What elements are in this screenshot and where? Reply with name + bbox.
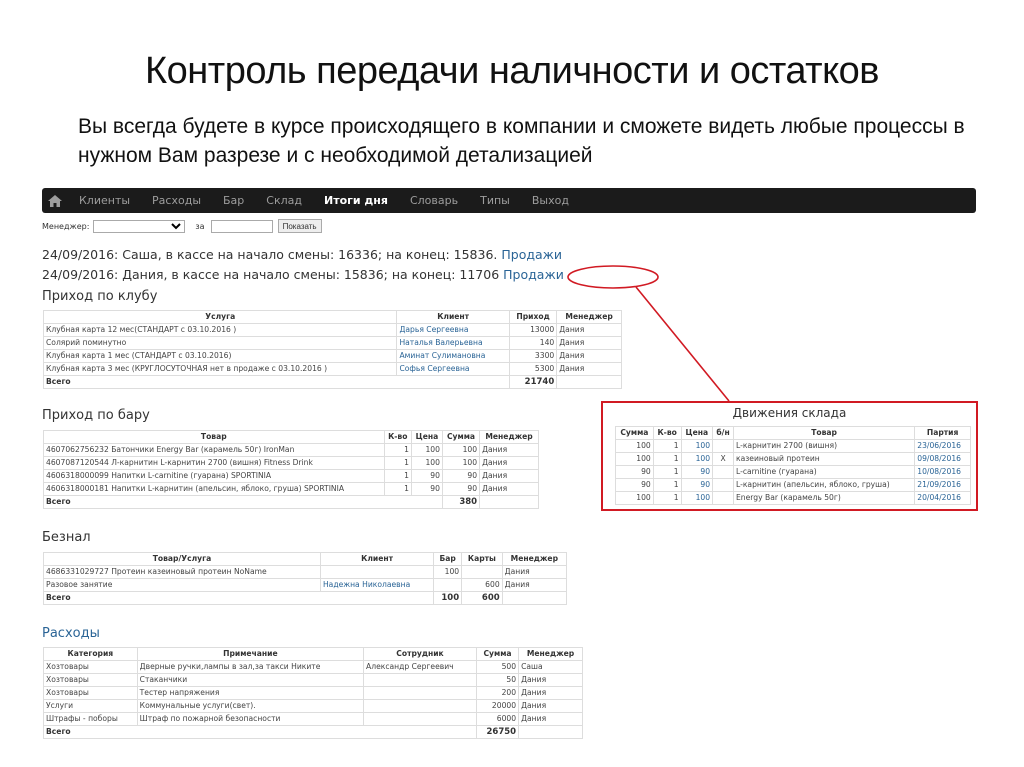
table-cell: Клубная карта 3 мес (КРУГЛОСУТОЧНАЯ нет …	[44, 363, 397, 376]
table-cell: Дания	[557, 350, 622, 363]
table-cell: 100	[616, 440, 654, 453]
table-cell: 380	[442, 496, 479, 509]
table-cell: Хозтовары	[44, 674, 138, 687]
cashless-table: Товар/УслугаКлиентБарКартыМенеджер468633…	[43, 552, 567, 605]
club-income-table: УслугаКлиентПриходМенеджерКлубная карта …	[43, 310, 622, 389]
table-cell: X	[713, 453, 734, 466]
navbar: КлиентыРасходыБарСкладИтоги дняСловарьТи…	[42, 188, 976, 213]
table-cell: Дверные ручки,лампы в зал,за такси Никит…	[137, 661, 363, 674]
table-cell: 4606318000181 Напитки L-карнитин (апельс…	[44, 483, 385, 496]
bar-income-title: Приход по бару	[42, 408, 150, 423]
nav-item[interactable]: Расходы	[141, 188, 212, 213]
expenses-table: КатегорияПримечаниеСотрудникСуммаМенедже…	[43, 647, 583, 739]
warehouse-movements-callout: Движения склада СуммаК-воЦенаб/нТоварПар…	[601, 401, 978, 511]
column-header: Примечание	[137, 648, 363, 661]
table-cell: 90	[442, 483, 479, 496]
nav-item[interactable]: Склад	[255, 188, 313, 213]
table-cell: 4686331029727 Протеин казеиновый протеин…	[44, 566, 321, 579]
table-cell	[713, 466, 734, 479]
column-header: Сумма	[476, 648, 518, 661]
table-cell	[462, 566, 503, 579]
table-cell: Хозтовары	[44, 661, 138, 674]
sales-link[interactable]: Продажи	[501, 247, 562, 262]
table-cell: Хозтовары	[44, 687, 138, 700]
table-cell[interactable]: 09/08/2016	[915, 453, 971, 466]
table-cell	[502, 592, 566, 605]
table-cell: 100	[616, 492, 654, 505]
table-cell: 100	[434, 566, 462, 579]
table-cell[interactable]: Дарья Сергеевна	[397, 324, 509, 337]
table-cell	[364, 687, 477, 700]
table-cell: 90	[616, 466, 654, 479]
table-cell: 21740	[509, 376, 556, 389]
table-cell[interactable]: 10/08/2016	[915, 466, 971, 479]
column-header: К-во	[384, 431, 411, 444]
table-row: ХозтоварыДверные ручки,лампы в зал,за та…	[44, 661, 583, 674]
column-header: Категория	[44, 648, 138, 661]
column-header: Услуга	[44, 311, 397, 324]
table-cell: 100	[411, 457, 442, 470]
show-button[interactable]: Показать	[278, 219, 322, 233]
sales-link[interactable]: Продажи	[503, 267, 564, 282]
table-cell[interactable]	[320, 566, 433, 579]
table-row: 90190L-carnitine (гуарана)10/08/2016	[616, 466, 971, 479]
total-row: Всего21740	[44, 376, 622, 389]
column-header: Цена	[411, 431, 442, 444]
table-row: 1001100Xказеиновый протеин09/08/2016	[616, 453, 971, 466]
filter-bar: Менеджер: за Показать	[42, 219, 322, 233]
table-cell: Дания	[557, 324, 622, 337]
table-cell[interactable]: 23/06/2016	[915, 440, 971, 453]
bar-income-table: ТоварК-воЦенаСуммаМенеджер4607062756232 …	[43, 430, 539, 509]
table-cell: Коммунальные услуги(свет).	[137, 700, 363, 713]
table-cell	[480, 496, 539, 509]
column-header: Карты	[462, 553, 503, 566]
table-cell: 5300	[509, 363, 556, 376]
shift-summary: 24/09/2016: Саша, в кассе на начало смен…	[42, 247, 562, 262]
table-cell	[364, 674, 477, 687]
table-cell: 3300	[509, 350, 556, 363]
table-cell: 200	[476, 687, 518, 700]
column-header: Клиент	[320, 553, 433, 566]
table-row: Клубная карта 3 мес (КРУГЛОСУТОЧНАЯ нет …	[44, 363, 622, 376]
table-cell[interactable]: Аминат Сулимановна	[397, 350, 509, 363]
table-cell: Дания	[519, 713, 583, 726]
table-cell[interactable]: Надежна Николаевна	[320, 579, 433, 592]
table-row: УслугиКоммунальные услуги(свет).20000Дан…	[44, 700, 583, 713]
column-header: Менеджер	[502, 553, 566, 566]
table-cell[interactable]: Наталья Валерьевна	[397, 337, 509, 350]
table-cell: Дания	[480, 483, 539, 496]
table-cell: 600	[462, 579, 503, 592]
nav-item[interactable]: Клиенты	[68, 188, 141, 213]
nav-item[interactable]: Выход	[521, 188, 580, 213]
slide-title: Контроль передачи наличности и остатков	[0, 50, 1024, 93]
table-cell	[713, 479, 734, 492]
table-row: 90190L-карнитин (апельсин, яблоко, груша…	[616, 479, 971, 492]
nav-item[interactable]: Словарь	[399, 188, 469, 213]
table-row: ХозтоварыСтаканчики50Дания	[44, 674, 583, 687]
column-header: Товар/Услуга	[44, 553, 321, 566]
table-cell: Штраф по пожарной безопасности	[137, 713, 363, 726]
nav-item[interactable]: Бар	[212, 188, 255, 213]
table-cell: 1	[653, 479, 681, 492]
club-income-title: Приход по клубу	[42, 289, 157, 304]
shift-summary: 24/09/2016: Дания, в кассе на начало сме…	[42, 267, 564, 282]
table-row: Штрафы - поборыШтраф по пожарной безопас…	[44, 713, 583, 726]
total-row: Всего26750	[44, 726, 583, 739]
table-cell: Дания	[480, 444, 539, 457]
column-header: Товар	[734, 427, 915, 440]
table-cell	[557, 376, 622, 389]
table-cell: Дания	[502, 566, 566, 579]
table-cell: Всего	[44, 376, 510, 389]
cashless-title: Безнал	[42, 530, 91, 545]
table-row: 4606318000181 Напитки L-карнитин (апельс…	[44, 483, 539, 496]
table-cell: Солярий поминутно	[44, 337, 397, 350]
warehouse-title: Движения склада	[603, 406, 976, 420]
column-header: К-во	[653, 427, 681, 440]
table-cell: Всего	[44, 592, 434, 605]
table-cell: 1	[653, 453, 681, 466]
table-cell: Дания	[557, 337, 622, 350]
table-cell: 26750	[476, 726, 518, 739]
column-header: Клиент	[397, 311, 509, 324]
table-cell: Дания	[519, 700, 583, 713]
nav-item[interactable]: Итоги дня	[313, 188, 399, 213]
table-row: ХозтоварыТестер напряжения200Дания	[44, 687, 583, 700]
table-row: Солярий поминутноНаталья Валерьевна140Да…	[44, 337, 622, 350]
column-header: Сотрудник	[364, 648, 477, 661]
table-cell: Дания	[480, 457, 539, 470]
table-cell	[713, 440, 734, 453]
table-cell: 1	[653, 492, 681, 505]
column-header: б/н	[713, 427, 734, 440]
table-cell: Дания	[502, 579, 566, 592]
table-cell: 100	[434, 592, 462, 605]
table-cell: 1	[653, 466, 681, 479]
table-cell: L-карнитин (апельсин, яблоко, груша)	[734, 479, 915, 492]
table-cell	[434, 579, 462, 592]
table-cell: казеиновый протеин	[734, 453, 915, 466]
table-cell	[364, 700, 477, 713]
column-header: Партия	[915, 427, 971, 440]
table-cell[interactable]: 100	[681, 440, 712, 453]
table-cell: 90	[411, 470, 442, 483]
table-cell: Energy Bar (карамель 50г)	[734, 492, 915, 505]
table-cell: 13000	[509, 324, 556, 337]
nav-item[interactable]: Типы	[469, 188, 521, 213]
table-cell: Саша	[519, 661, 583, 674]
table-cell: 100	[616, 453, 654, 466]
table-cell	[519, 726, 583, 739]
table-cell: Всего	[44, 726, 477, 739]
column-header: Приход	[509, 311, 556, 324]
table-cell	[713, 492, 734, 505]
table-cell[interactable]: 20/04/2016	[915, 492, 971, 505]
table-cell: 4606318000099 Напитки L-carnitine (гуара…	[44, 470, 385, 483]
slide-subtitle: Вы всегда будете в курсе происходящего в…	[78, 112, 978, 170]
table-row: 4606318000099 Напитки L-carnitine (гуара…	[44, 470, 539, 483]
column-header: Сумма	[442, 431, 479, 444]
table-cell	[364, 713, 477, 726]
table-cell[interactable]: 90	[681, 466, 712, 479]
table-cell: 1	[384, 470, 411, 483]
table-cell: Услуги	[44, 700, 138, 713]
table-row: 1001100L-карнитин 2700 (вишня)23/06/2016	[616, 440, 971, 453]
table-cell: 1	[384, 483, 411, 496]
table-cell: Разовое занятие	[44, 579, 321, 592]
table-row: Клубная карта 1 мес (СТАНДАРТ с 03.10.20…	[44, 350, 622, 363]
table-cell: 100	[411, 444, 442, 457]
table-cell[interactable]: 90	[681, 479, 712, 492]
table-cell: 90	[411, 483, 442, 496]
date-label: за	[195, 222, 204, 231]
column-header: Бар	[434, 553, 462, 566]
table-cell[interactable]: 21/09/2016	[915, 479, 971, 492]
table-cell: Дания	[480, 470, 539, 483]
table-cell: Александр Сергеевич	[364, 661, 477, 674]
column-header: Менеджер	[480, 431, 539, 444]
column-header: Менеджер	[519, 648, 583, 661]
expenses-title[interactable]: Расходы	[42, 626, 100, 641]
table-cell: 1	[384, 457, 411, 470]
table-cell: L-карнитин 2700 (вишня)	[734, 440, 915, 453]
column-header: Товар	[44, 431, 385, 444]
table-cell: 50	[476, 674, 518, 687]
table-cell: Стаканчики	[137, 674, 363, 687]
table-cell: Всего	[44, 496, 443, 509]
table-cell: Дания	[519, 674, 583, 687]
table-cell: 20000	[476, 700, 518, 713]
total-row: Всего100600	[44, 592, 567, 605]
table-cell: Клубная карта 1 мес (СТАНДАРТ с 03.10.20…	[44, 350, 397, 363]
table-cell: Дания	[557, 363, 622, 376]
total-row: Всего380	[44, 496, 539, 509]
table-cell: Дания	[519, 687, 583, 700]
table-cell[interactable]: Софья Сергеевна	[397, 363, 509, 376]
date-input[interactable]	[211, 220, 273, 233]
table-row: Разовое занятиеНадежна Николаевна600Дани…	[44, 579, 567, 592]
table-cell: 140	[509, 337, 556, 350]
table-cell: 100	[442, 444, 479, 457]
table-cell: Тестер напряжения	[137, 687, 363, 700]
warehouse-table: СуммаК-воЦенаб/нТоварПартия1001100L-карн…	[615, 426, 971, 505]
home-icon[interactable]	[42, 195, 68, 207]
table-cell: 1	[384, 444, 411, 457]
table-cell: Штрафы - поборы	[44, 713, 138, 726]
table-cell: 4607062756232 Батончики Energy Bar (кара…	[44, 444, 385, 457]
table-row: 4607062756232 Батончики Energy Bar (кара…	[44, 444, 539, 457]
table-cell: 500	[476, 661, 518, 674]
table-cell: L-carnitine (гуарана)	[734, 466, 915, 479]
manager-label: Менеджер:	[42, 222, 89, 231]
manager-select[interactable]	[93, 220, 185, 233]
table-cell: 6000	[476, 713, 518, 726]
table-cell[interactable]: 100	[681, 492, 712, 505]
table-cell: 100	[442, 457, 479, 470]
table-cell: 4607087120544 Л-карнитин L-карнитин 2700…	[44, 457, 385, 470]
column-header: Сумма	[616, 427, 654, 440]
column-header: Менеджер	[557, 311, 622, 324]
table-cell: 90	[442, 470, 479, 483]
table-row: Клубная карта 12 мес(СТАНДАРТ с 03.10.20…	[44, 324, 622, 337]
column-header: Цена	[681, 427, 712, 440]
table-row: 4607087120544 Л-карнитин L-карнитин 2700…	[44, 457, 539, 470]
table-cell: Клубная карта 12 мес(СТАНДАРТ с 03.10.20…	[44, 324, 397, 337]
table-cell: 600	[462, 592, 503, 605]
table-row: 4686331029727 Протеин казеиновый протеин…	[44, 566, 567, 579]
table-cell[interactable]: 100	[681, 453, 712, 466]
table-cell: 90	[616, 479, 654, 492]
table-row: 1001100Energy Bar (карамель 50г)20/04/20…	[616, 492, 971, 505]
table-cell: 1	[653, 440, 681, 453]
